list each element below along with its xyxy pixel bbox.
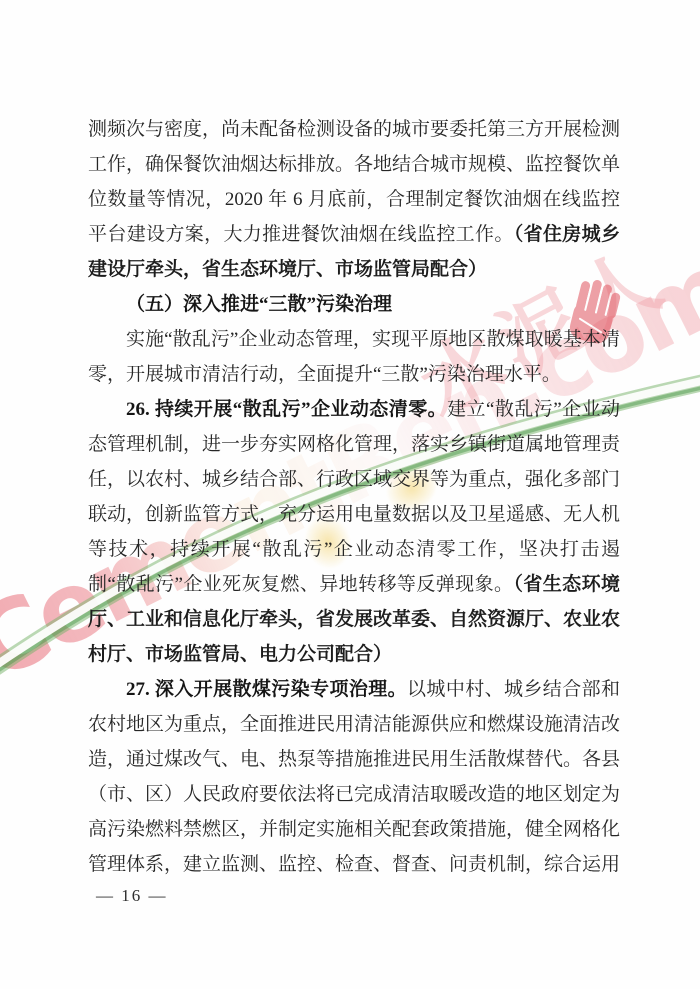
paragraph-item-27: 27. 深入开展散煤污染专项治理。以城中村、城乡结合部和农村地区为重点，全面推进… xyxy=(88,672,620,882)
paragraph-text: 建立“散乱污”企业动态管理机制，进一步夯实网格化管理，落实乡镇街道属地管理责任，… xyxy=(88,399,620,595)
paragraph-text: 以城中村、城乡结合部和农村地区为重点，全面推进民用清洁能源供应和燃煤设施清洁改造… xyxy=(88,679,620,875)
paragraph-continuation: 测频次与密度，尚未配备检测设备的城市要委托第三方开展检测工作，确保餐饮油烟达标排… xyxy=(88,112,620,287)
document-body: 测频次与密度，尚未配备检测设备的城市要委托第三方开展检测工作，确保餐饮油烟达标排… xyxy=(88,112,620,882)
paragraph-item-26: 26. 持续开展“散乱污”企业动态清零。建立“散乱污”企业动态管理机制，进一步夯… xyxy=(88,392,620,672)
paragraph-text: 实施“散乱污”企业动态管理，实现平原地区散煤取暖基本清零，开展城市清洁行动，全面… xyxy=(88,329,620,385)
item-27-title: 27. 深入开展散煤污染专项治理。 xyxy=(126,679,407,700)
item-26-title: 26. 持续开展“散乱污”企业动态清零。 xyxy=(126,399,447,420)
paragraph-overview: 实施“散乱污”企业动态管理，实现平原地区散煤取暖基本清零，开展城市清洁行动，全面… xyxy=(88,322,620,392)
section-heading: （五）深入推进“三散”污染治理 xyxy=(88,287,620,322)
document-page: CementRen.com 水泥人 测频次与密度，尚未配备检测设备的城市要委托第… xyxy=(0,0,700,989)
page-number: — 16 — xyxy=(96,886,168,906)
